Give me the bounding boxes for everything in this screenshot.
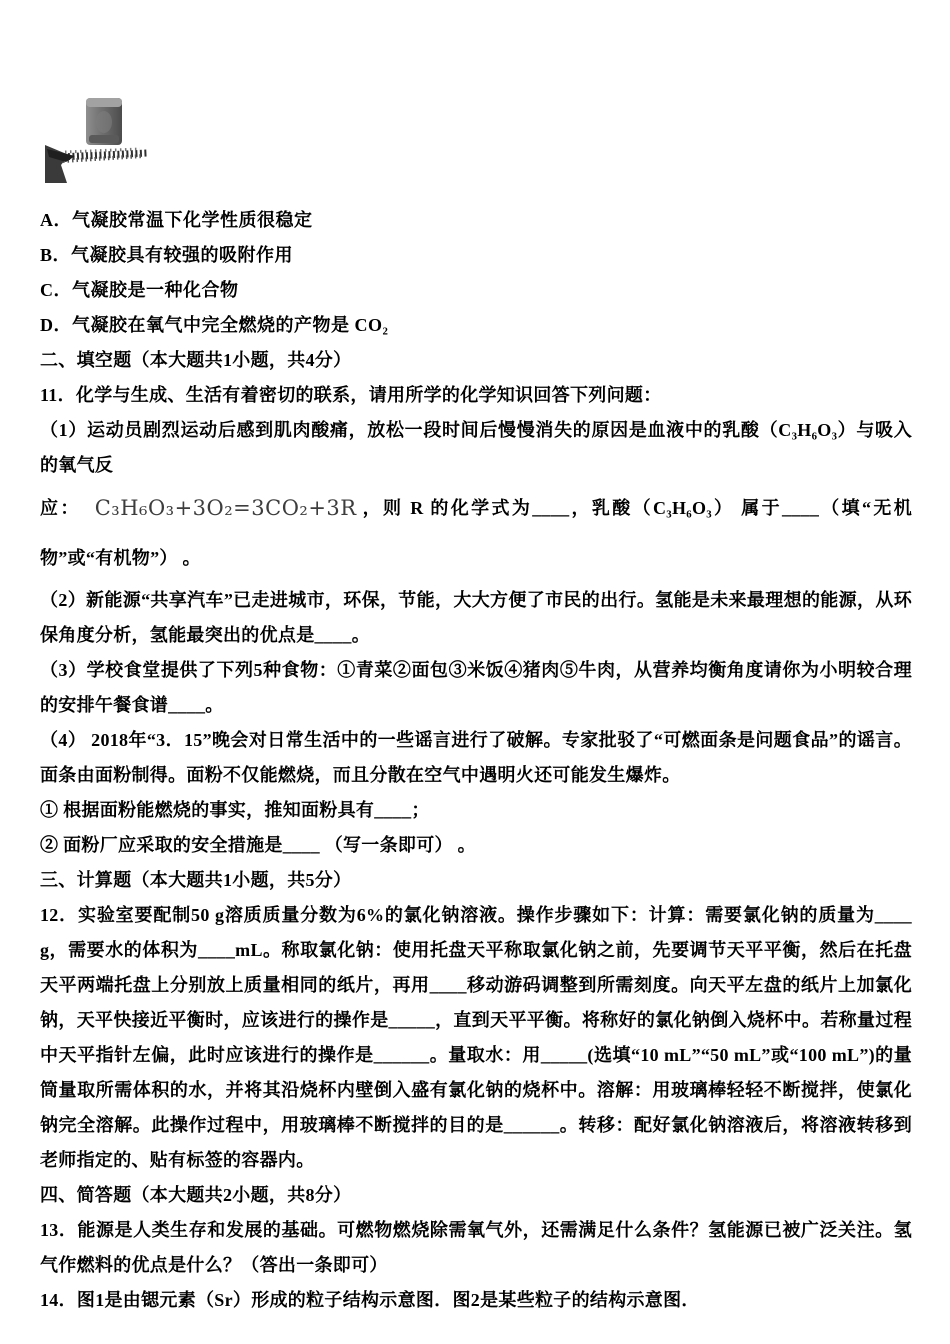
aerogel-photo-graphic: [45, 95, 155, 183]
q14-text: 14．图1是由锶元素（Sr）形成的粒子结构示意图．图2是某些粒子的结构示意图．: [40, 1283, 912, 1318]
q13-text: 13．能源是人类生存和发展的基础。可燃物燃烧除需氧气外，还需满足什么条件？氢能源…: [40, 1213, 912, 1283]
q11-part4-sub2: ② 面粉厂应采取的安全措施是____ （写一条即可） 。: [40, 828, 912, 863]
q11-part3: （3）学校食堂提供了下列5种食物：①青菜②面包③米饭④猪肉⑤牛肉，从营养均衡角度…: [40, 653, 912, 723]
q11-part2: （2）新能源“共享汽车”已走进城市，环保，节能，大大方便了市民的出行。氢能是未来…: [40, 583, 912, 653]
option-d: D．气凝胶在氧气中完全燃烧的产物是 CO₂: [40, 308, 912, 343]
exam-page: A．气凝胶常温下化学性质很稳定 B．气凝胶具有较强的吸附作用 C．气凝胶是一种化…: [0, 0, 950, 1344]
q11-part1-line1: （1）运动员剧烈运动后感到肌肉酸痛，放松一段时间后慢慢消失的原因是血液中的乳酸（…: [40, 413, 912, 483]
q11-part4-sub1: ① 根据面粉能燃烧的事实，推知面粉具有____；: [40, 793, 912, 828]
option-c: C．气凝胶是一种化合物: [40, 273, 912, 308]
q11-part4: （4） 2018年“3．15”晚会对日常生活中的一些谣言进行了破解。专家批驳了“…: [40, 723, 912, 793]
chemical-equation: C₃H₆O₃+3O₂=3CO₂+3R: [81, 496, 361, 520]
q11-part1-line2: 应：C₃H₆O₃+3O₂=3CO₂+3R，则 R 的化学式为____，乳酸（C₃…: [40, 483, 912, 583]
option-b: B．气凝胶具有较强的吸附作用: [40, 238, 912, 273]
section-4-header: 四、简答题（本大题共2小题，共8分）: [40, 1178, 912, 1213]
aerogel-flame-photo: [45, 95, 155, 183]
exam-body: A．气凝胶常温下化学性质很稳定 B．气凝胶具有较强的吸附作用 C．气凝胶是一种化…: [40, 203, 912, 1318]
q11-part1-prefix: 应：: [40, 498, 81, 518]
section-3-header: 三、计算题（本大题共1小题，共5分）: [40, 863, 912, 898]
section-2-header: 二、填空题（本大题共1小题，共4分）: [40, 343, 912, 378]
option-a: A．气凝胶常温下化学性质很稳定: [40, 203, 912, 238]
q11-intro: 11．化学与生成、生活有着密切的联系，请用所学的化学知识回答下列问题：: [40, 378, 912, 413]
q12-text: 12．实验室要配制50 g溶质质量分数为6%的氯化钠溶液。操作步骤如下：计算：需…: [40, 898, 912, 1178]
